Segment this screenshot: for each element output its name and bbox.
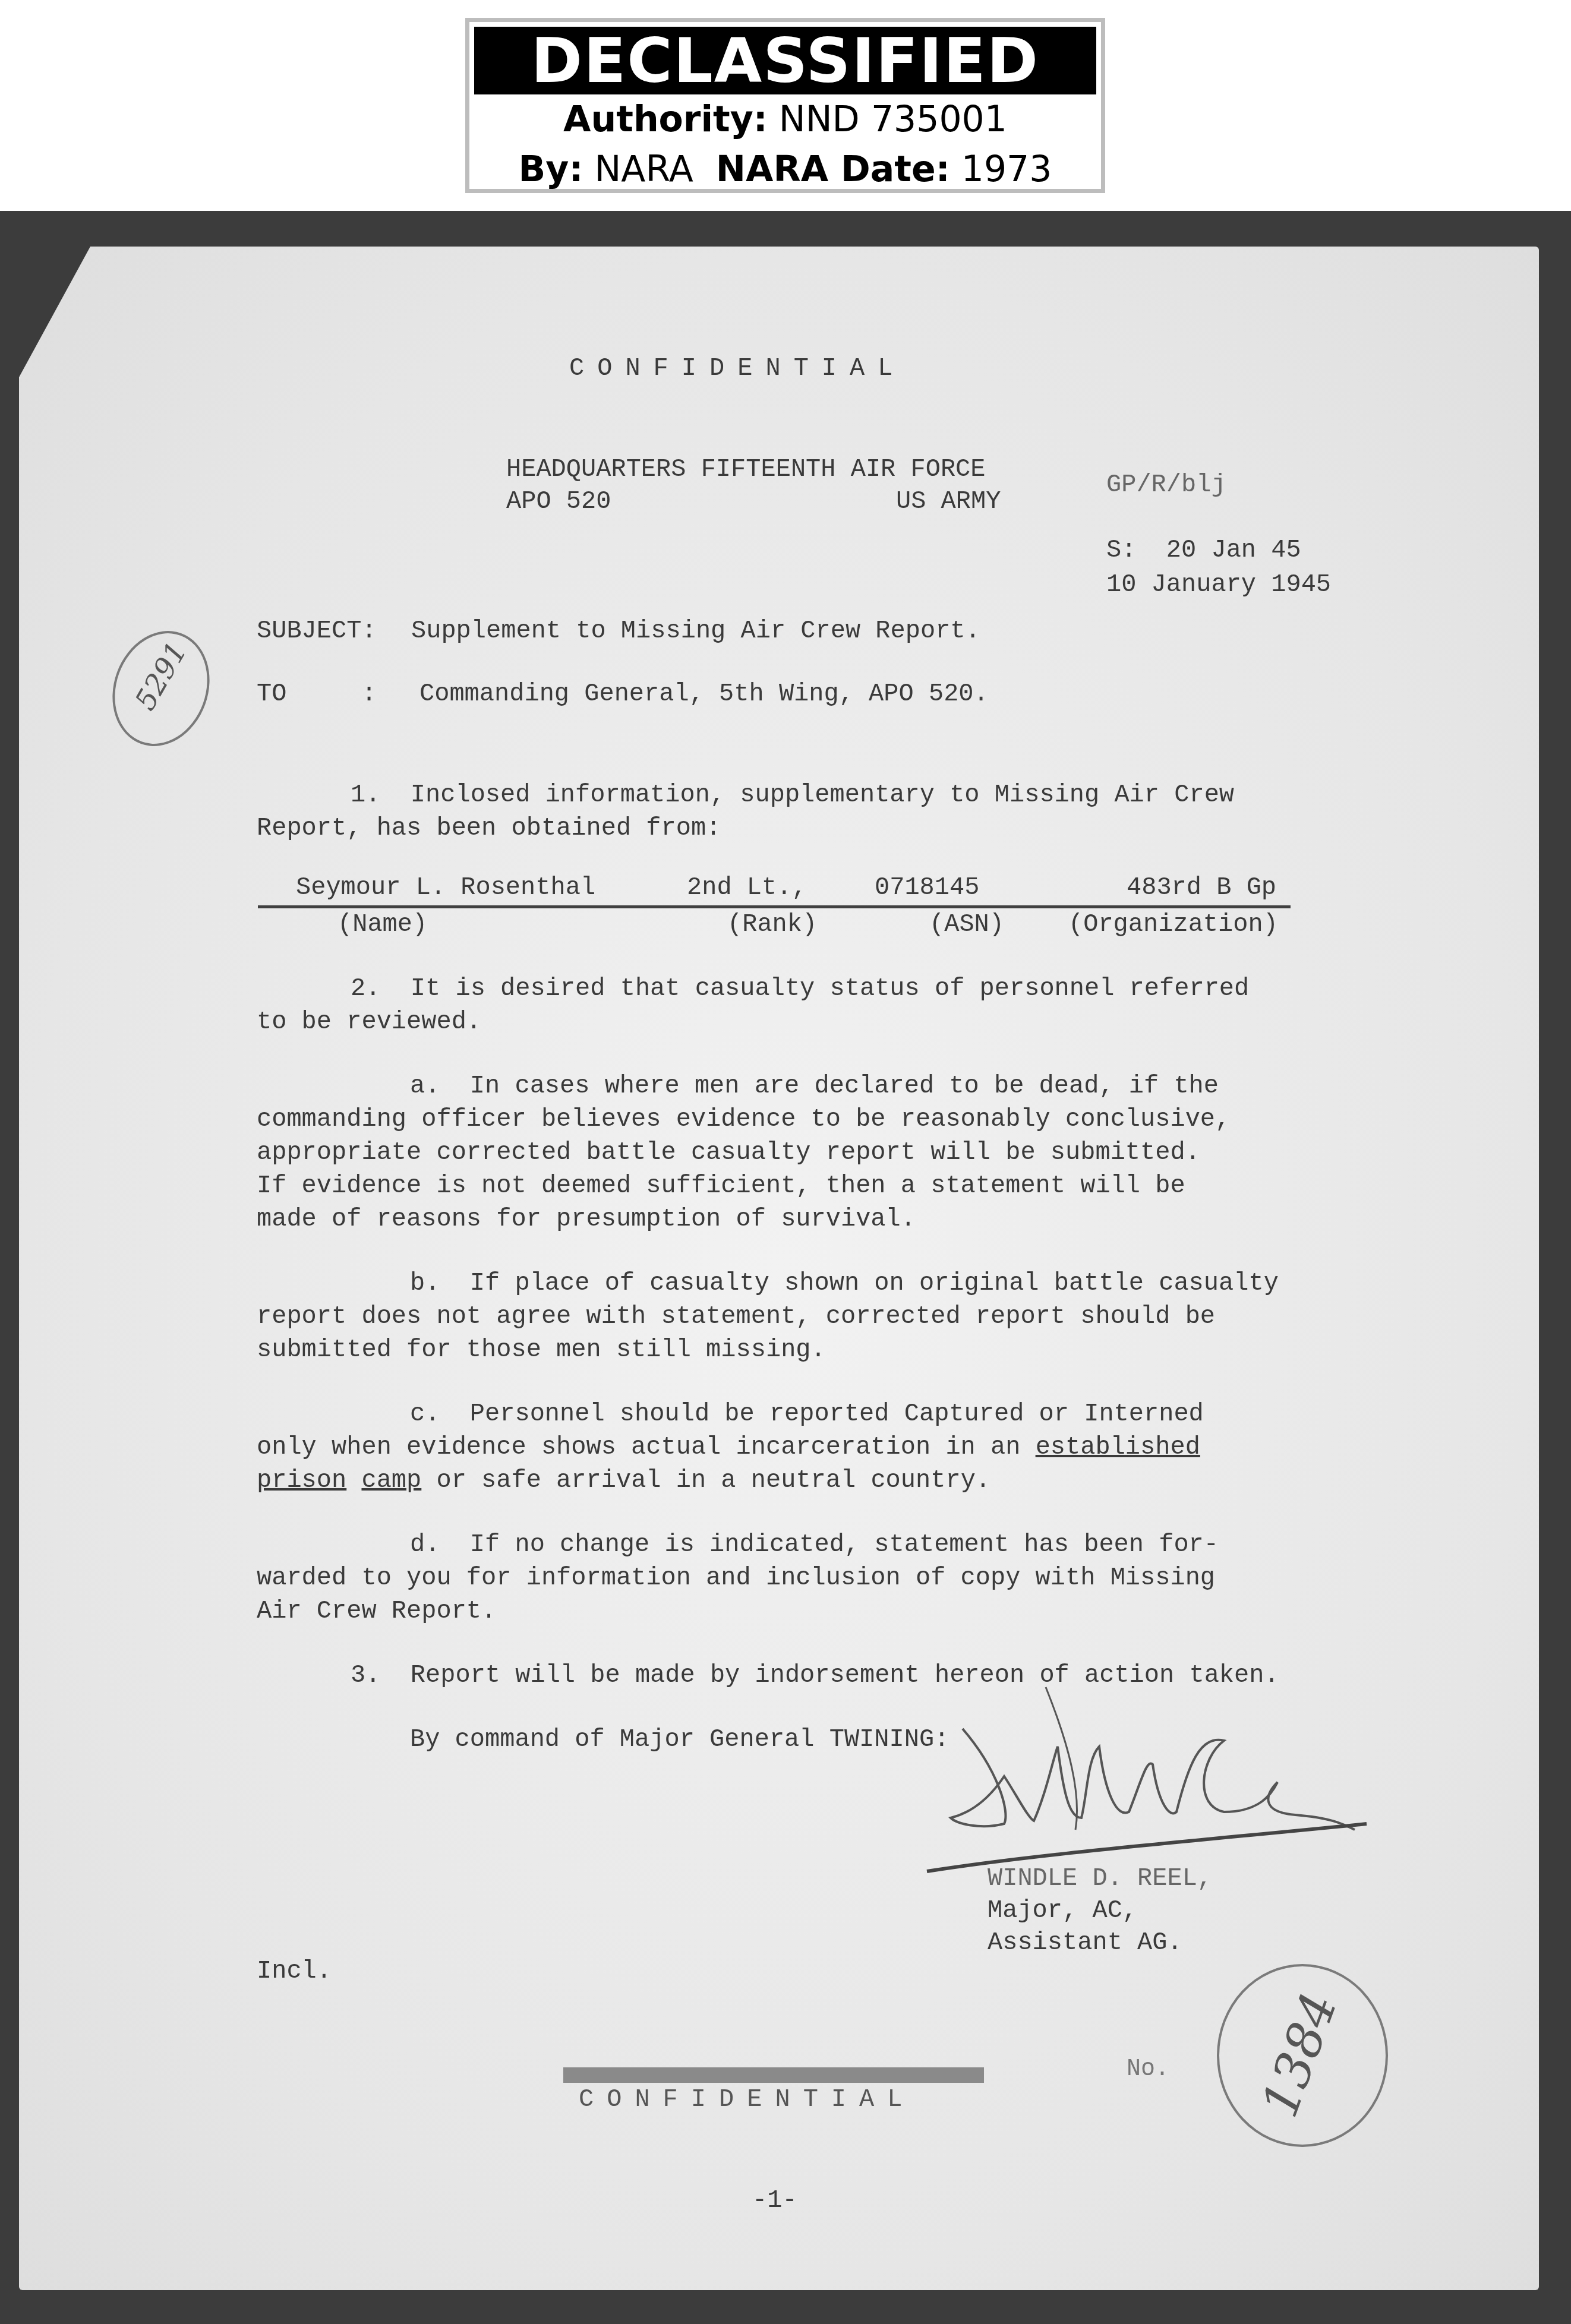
- person-rank: 2nd Lt.,: [687, 871, 807, 904]
- to-label: TO :: [257, 677, 377, 711]
- label-organization: (Organization): [1068, 908, 1278, 941]
- underlined-prison: prison: [257, 1466, 346, 1495]
- document-date: 10 January 1945: [1106, 568, 1331, 601]
- suspense-date: S: 20 Jan 45: [1106, 533, 1301, 567]
- signer-rank: Major, AC,: [988, 1894, 1137, 1927]
- para2a-line2: commanding officer believes evidence to …: [257, 1103, 1230, 1136]
- para2c-line2: only when evidence shows actual incarcer…: [257, 1431, 1200, 1464]
- signer-title: Assistant AG.: [988, 1926, 1182, 1959]
- para2b-line1: b. If place of casualty shown on origina…: [410, 1267, 1279, 1300]
- label-rank: (Rank): [727, 908, 817, 941]
- para2a-line3: appropriate corrected battle casualty re…: [257, 1136, 1200, 1169]
- signer-name: WINDLE D. REEL,: [988, 1862, 1212, 1895]
- para1-line2: Report, has been obtained from:: [257, 811, 721, 845]
- authority-line: Authority: NND 735001: [469, 94, 1101, 144]
- underlined-camp: camp: [361, 1466, 421, 1495]
- command-line: By command of Major General TWINING:: [410, 1723, 949, 1756]
- page-number: -1-: [752, 2184, 797, 2217]
- para2c-space: [346, 1466, 361, 1495]
- label-asn: (ASN): [929, 908, 1004, 941]
- para2a-line1: a. In cases where men are declared to be…: [410, 1069, 1219, 1103]
- para1-line1: 1. Inclosed information, supplementary t…: [351, 778, 1234, 811]
- para2c-line2-text: only when evidence shows actual incarcer…: [257, 1433, 1036, 1461]
- para2b-line2: report does not agree with statement, co…: [257, 1300, 1215, 1333]
- classification-bottom: CONFIDENTIAL: [579, 2083, 915, 2116]
- by-label: By:: [519, 149, 583, 190]
- declassified-title: DECLASSIFIED: [474, 27, 1096, 94]
- number-stamp-label: No.: [1127, 2053, 1169, 2086]
- header-army: US ARMY: [896, 485, 1001, 518]
- para2b-line3: submitted for those men still missing.: [257, 1333, 826, 1366]
- declassified-stamp: DECLASSIFIED Authority: NND 735001 By: N…: [465, 18, 1105, 193]
- file-reference: GP/R/blj: [1106, 468, 1226, 501]
- person-organization: 483rd B Gp: [1127, 871, 1276, 904]
- para2c-line3: prison camp or safe arrival in a neutral…: [257, 1464, 990, 1497]
- authority-value: NND 735001: [779, 99, 1007, 140]
- classification-top: CONFIDENTIAL: [569, 352, 906, 385]
- subject-text: Supplement to Missing Air Crew Report.: [411, 614, 980, 648]
- by-value: NARA: [594, 149, 693, 190]
- redaction-bar: [563, 2067, 984, 2083]
- para2-line1: 2. It is desired that casualty status of…: [351, 972, 1249, 1005]
- para2a-line4: If evidence is not deemed sufficient, th…: [257, 1169, 1185, 1202]
- para2c-line1: c. Personnel should be reported Captured…: [410, 1397, 1204, 1431]
- para2a-line5: made of reasons for presumption of survi…: [257, 1202, 916, 1236]
- para2d-line3: Air Crew Report.: [257, 1594, 496, 1628]
- date-label: NARA Date:: [716, 149, 950, 190]
- header-apo: APO 520: [506, 485, 611, 518]
- para2-line2: to be reviewed.: [257, 1005, 481, 1038]
- subject-label: SUBJECT:: [257, 614, 377, 648]
- label-name: (Name): [337, 908, 427, 941]
- header-org: HEADQUARTERS FIFTEENTH AIR FORCE: [506, 453, 986, 486]
- by-date-line: By: NARA NARA Date: 1973: [469, 144, 1101, 194]
- person-name: Seymour L. Rosenthal: [296, 871, 595, 904]
- authority-label: Authority:: [563, 99, 768, 140]
- underlined-established: established: [1036, 1433, 1200, 1461]
- inclosure-note: Incl.: [257, 1954, 332, 1988]
- person-asn: 0718145: [875, 871, 979, 904]
- date-value: 1973: [961, 149, 1052, 190]
- para2d-line2: warded to you for information and inclus…: [257, 1561, 1215, 1594]
- para2d-line1: d. If no change is indicated, statement …: [410, 1528, 1219, 1561]
- folded-corner: [19, 247, 90, 377]
- handwritten-signature: [891, 1675, 1384, 1877]
- to-text: Commanding General, 5th Wing, APO 520.: [419, 677, 989, 711]
- para2c-line3-text: or safe arrival in a neutral country.: [421, 1466, 990, 1495]
